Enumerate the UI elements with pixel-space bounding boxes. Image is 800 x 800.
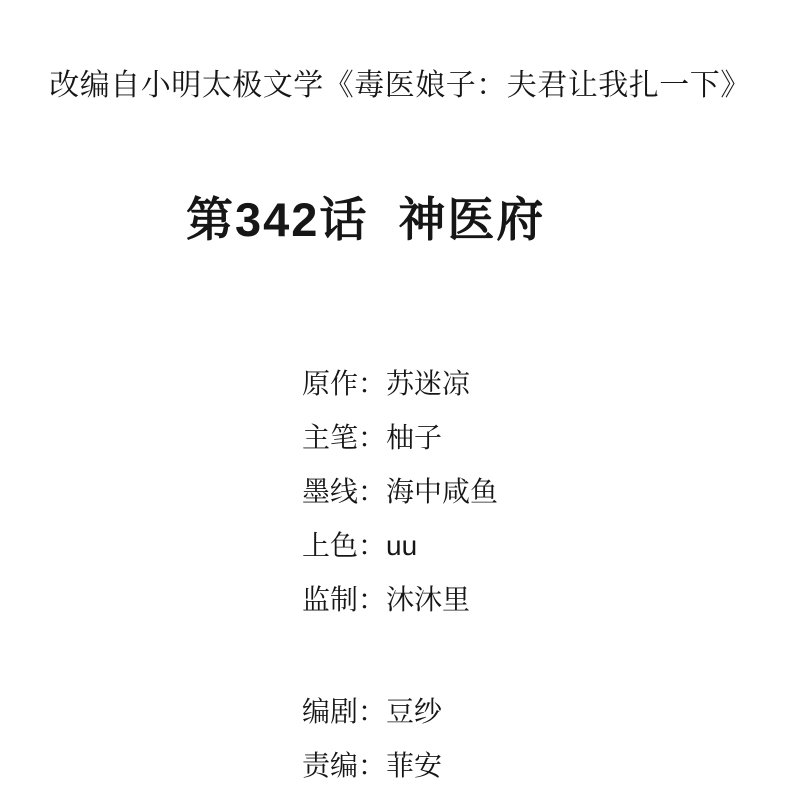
credit-row-coloring: 上色：uu <box>302 532 498 560</box>
credits-main-block: 原作：苏迷凉 主笔：柚子 墨线：海中咸鱼 上色：uu 监制：沐沐里 <box>302 370 498 614</box>
credit-role: 上色 <box>302 530 358 561</box>
credit-colon: ： <box>358 750 386 781</box>
credit-role: 原作 <box>302 368 358 399</box>
adaptation-note: 改编自小明太极文学《毒医娘子：夫君让我扎一下》 <box>0 60 800 104</box>
credit-name: 苏迷凉 <box>386 368 470 399</box>
comic-title-page: 改编自小明太极文学《毒医娘子：夫君让我扎一下》 第342话神医府 原作：苏迷凉 … <box>0 0 800 800</box>
credit-role: 责编 <box>302 750 358 781</box>
credit-colon: ： <box>358 476 386 507</box>
credit-colon: ： <box>358 530 386 561</box>
chapter-name: 神医府 <box>398 193 545 246</box>
credit-role: 监制 <box>302 584 358 615</box>
credit-row-supervisor: 监制：沐沐里 <box>302 586 498 614</box>
credit-row-original-author: 原作：苏迷凉 <box>302 370 498 398</box>
credit-role: 编剧 <box>302 696 358 727</box>
credit-row-lead-artist: 主笔：柚子 <box>302 424 498 452</box>
credit-colon: ： <box>358 368 386 399</box>
credit-name: 豆纱 <box>386 696 442 727</box>
credit-name: 柚子 <box>386 422 442 453</box>
credit-name: uu <box>386 530 417 561</box>
credit-row-inking: 墨线：海中咸鱼 <box>302 478 498 506</box>
credits-staff-block: 编剧：豆纱 责编：菲安 <box>302 698 442 780</box>
credit-row-editor: 责编：菲安 <box>302 752 442 780</box>
credit-name: 菲安 <box>386 750 442 781</box>
credit-name: 海中咸鱼 <box>386 476 498 507</box>
credit-name: 沐沐里 <box>386 584 470 615</box>
credit-colon: ： <box>358 422 386 453</box>
credit-colon: ： <box>358 584 386 615</box>
credit-row-screenwriter: 编剧：豆纱 <box>302 698 442 726</box>
credit-role: 墨线 <box>302 476 358 507</box>
credit-colon: ： <box>358 696 386 727</box>
chapter-number-label: 第342话 <box>186 193 368 246</box>
credit-role: 主笔 <box>302 422 358 453</box>
chapter-title: 第342话神医府 <box>186 183 545 250</box>
